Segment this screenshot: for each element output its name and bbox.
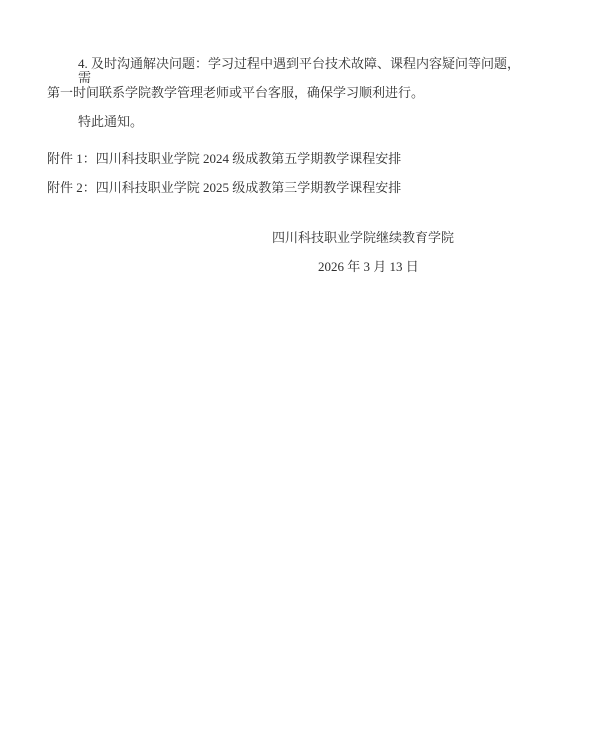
paragraph-item4-line2: 第一时间联系学院教学管理老师或平台客服，确保学习顺利进行。	[47, 86, 424, 100]
attachment-2-line: 附件 2：四川科技职业学院 2025 级成教第三学期教学课程安排	[47, 181, 401, 195]
paragraph-item4-line1: 4. 及时沟通解决问题：学习过程中遇到平台技术故障、课程内容疑问等问题，需	[78, 57, 520, 71]
notice-line: 特此通知。	[78, 115, 143, 129]
attachment-1-line: 附件 1：四川科技职业学院 2024 级成教第五学期教学课程安排	[47, 152, 401, 166]
signature-line: 四川科技职业学院继续教育学院	[272, 231, 454, 245]
document-page: 4. 及时沟通解决问题：学习过程中遇到平台技术故障、课程内容疑问等问题，需 第一…	[0, 0, 594, 752]
date-line: 2026 年 3 月 13 日	[318, 260, 419, 274]
